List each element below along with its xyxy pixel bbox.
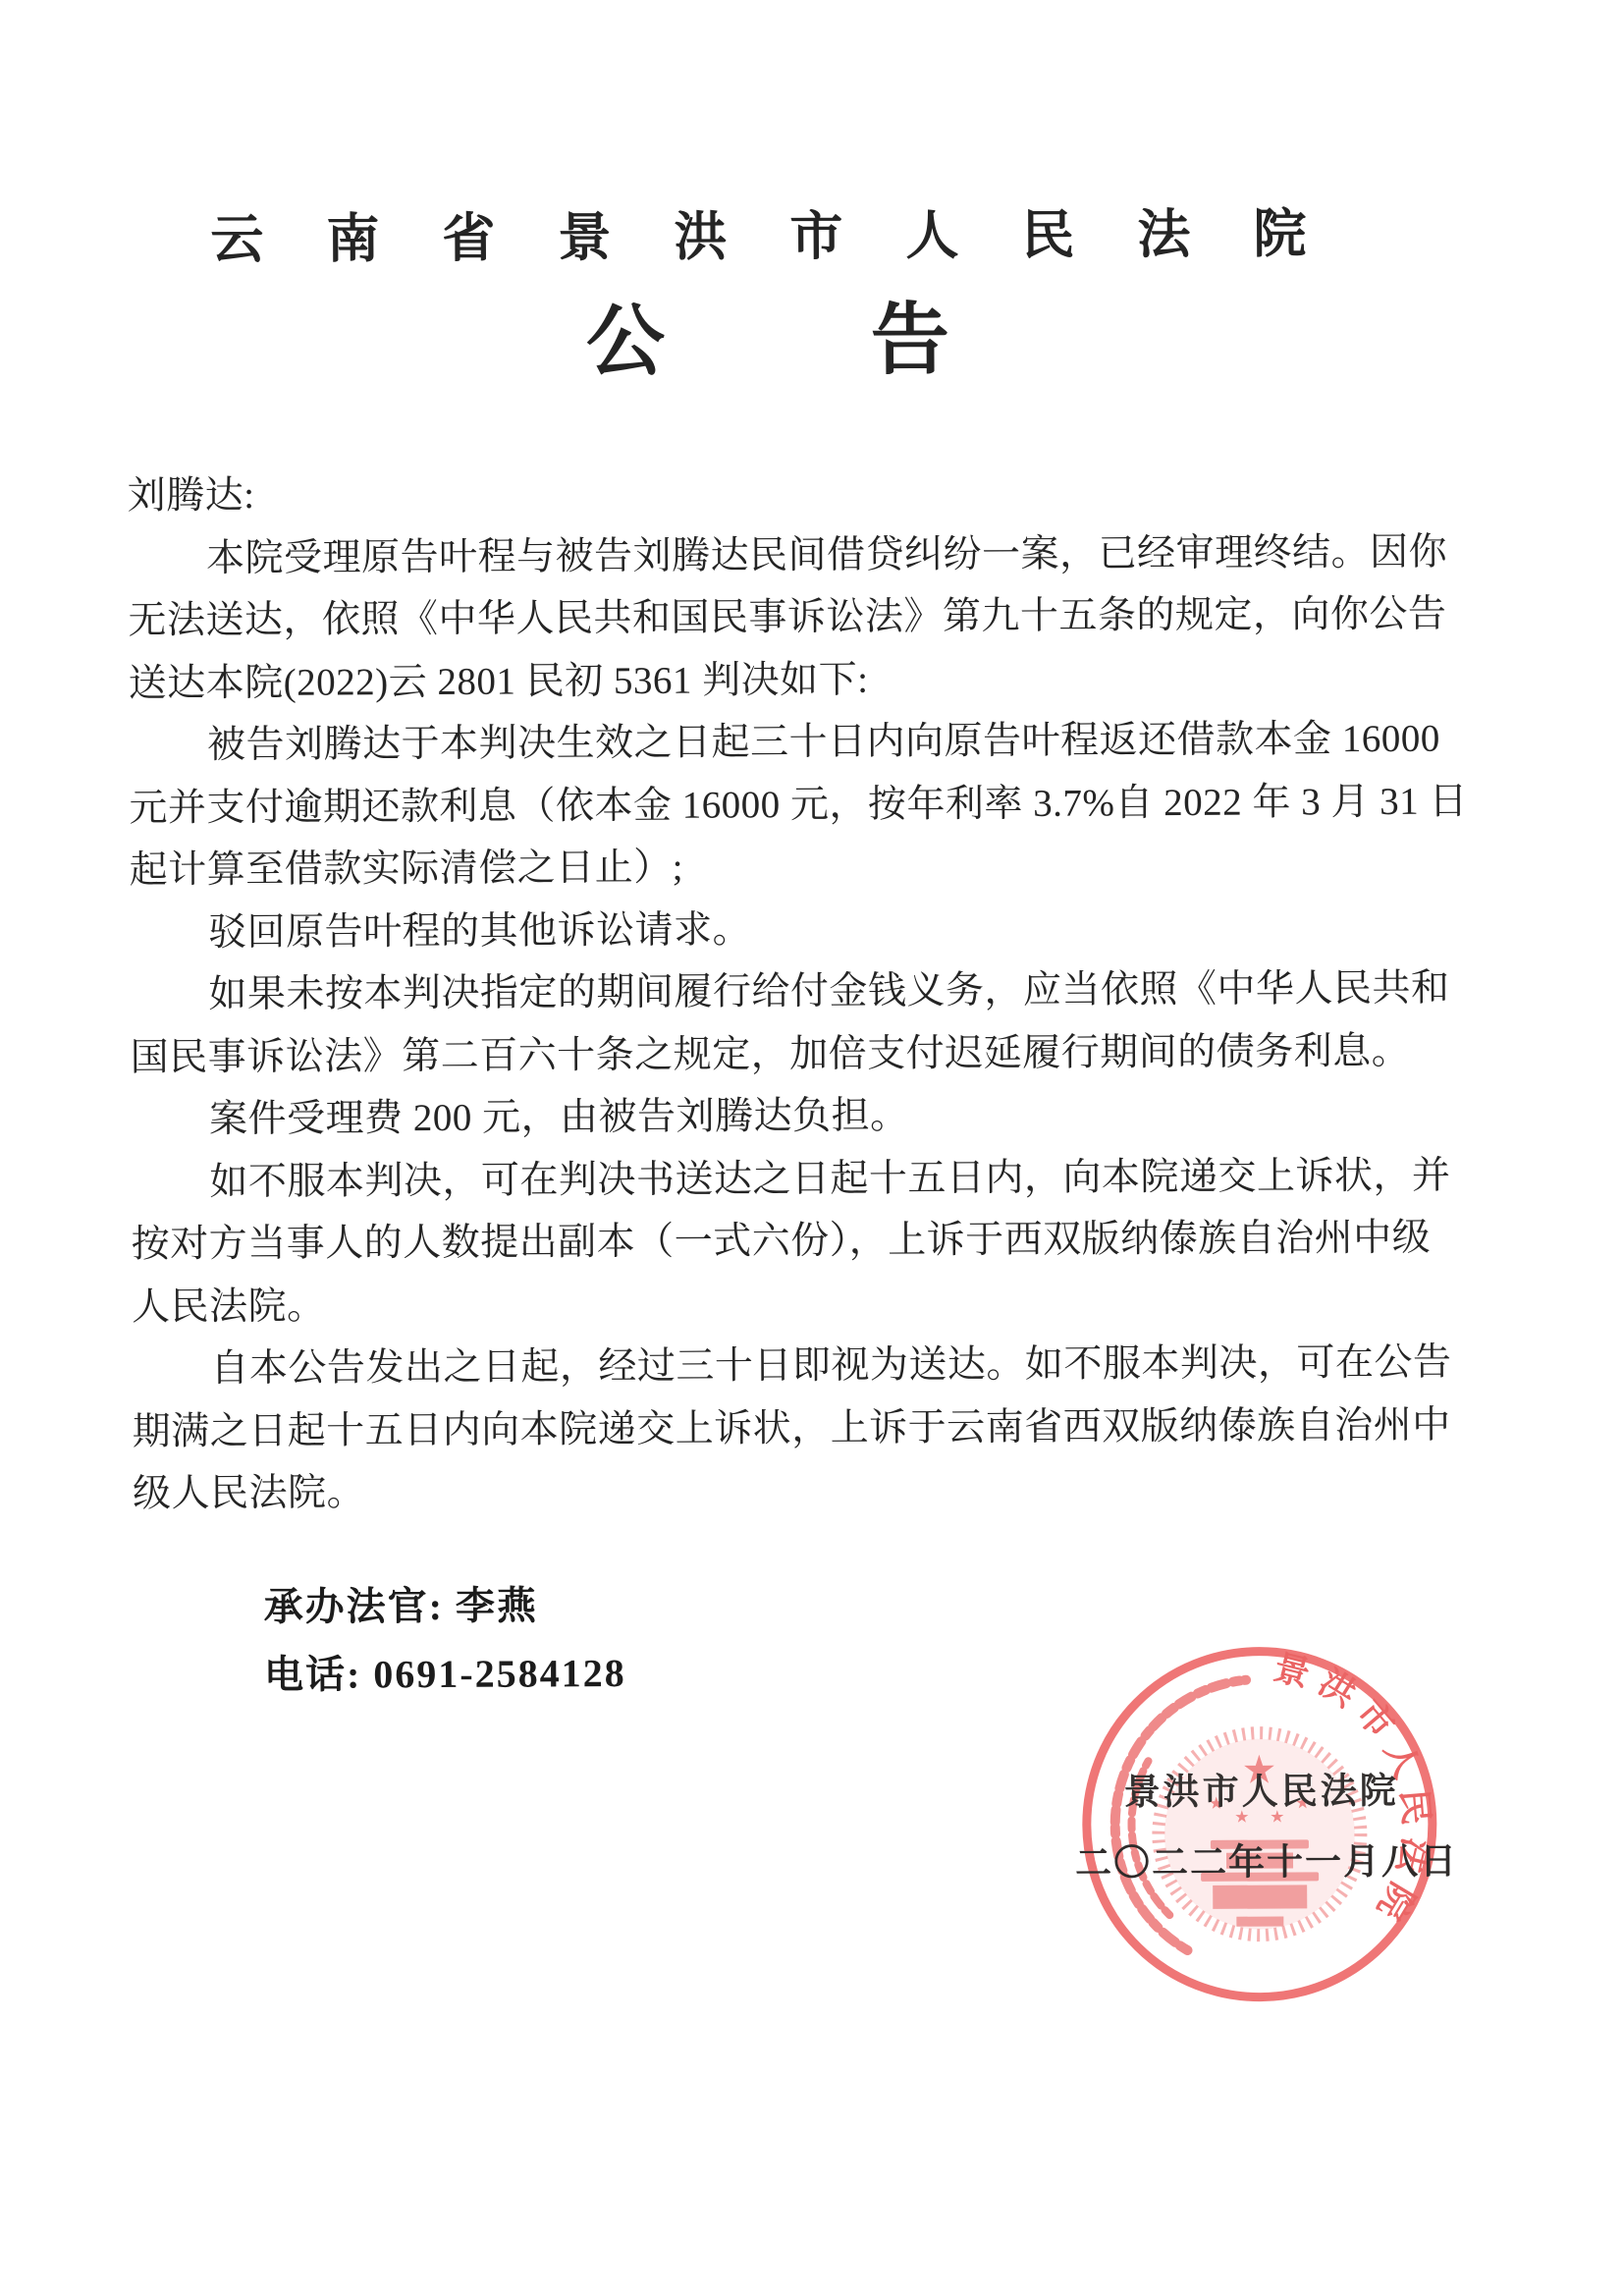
body-line: 如不服本判决，可在判决书送达之日起十五日内，向本院递交上诉状，并 xyxy=(131,1144,1535,1214)
body-line: 人民法院。 xyxy=(132,1269,1536,1339)
body-line: 级人民法院。 xyxy=(133,1455,1537,1525)
body-line: 国民事诉讼法》第二百六十条之规定，加倍支付迟延履行期间的债务利息。 xyxy=(131,1019,1535,1089)
body-line: 本院受理原告叶程与被告刘腾达民间借贷纠纷一案，已经审理终结。因你 xyxy=(128,520,1532,590)
page-content: 云南省景洪市人民法院 公告 刘腾达: 本院受理原告叶程与被告刘腾达民间借贷纠纷一… xyxy=(0,0,1623,2296)
seal-court-name-overlay: 景洪市人民法院 xyxy=(1114,1761,1409,1816)
seal-graphic: ★ ★ ★ ★ ★ xyxy=(1062,1627,1457,2022)
body-line: 元并支付逾期还款利息（依本金 16000 元，按年利率 3.7%自 2022 年… xyxy=(129,770,1533,840)
body-line: 刘腾达: xyxy=(128,458,1532,527)
body-line: 送达本院(2022)云 2801 民初 5361 判决如下: xyxy=(129,645,1533,715)
body-line: 期满之日起十五日内向本院递交上诉状，上诉于云南省西双版纳傣族自治州中 xyxy=(133,1394,1537,1463)
body-line: 案件受理费 200 元，由被告刘腾达负担。 xyxy=(131,1081,1535,1151)
body-line: 无法送达，依照《中华人民共和国民事诉讼法》第九十五条的规定，向你公告 xyxy=(128,582,1532,652)
page-title-court: 云南省景洪市人民法院 xyxy=(210,191,1369,273)
body-text: 刘腾达: 本院受理原告叶程与被告刘腾达民间借贷纠纷一案，已经审理终结。因你 无法… xyxy=(128,458,1538,1525)
seal-date: 二〇二二年十一月八日 xyxy=(1075,1831,1458,1886)
body-line: 如果未按本判决指定的期间履行给付金钱义务，应当依照《中华人民共和 xyxy=(130,957,1534,1026)
body-line: 驳回原告叶程的其他诉讼请求。 xyxy=(130,895,1534,964)
scanned-court-notice-page: 云南省景洪市人民法院 公告 刘腾达: 本院受理原告叶程与被告刘腾达民间借贷纠纷一… xyxy=(0,0,1623,2296)
signature-phone-line: 电话: 0691-2584128 xyxy=(264,1639,626,1709)
body-line: 被告刘腾达于本判决生效之日起三十日内向原告叶程返还借款本金 16000 xyxy=(129,707,1533,777)
page-title-notice: 公告 xyxy=(586,275,1157,391)
body-line: 起计算至借款实际清偿之日止）; xyxy=(130,832,1534,902)
signature-block: 承办法官: 李燕 电话: 0691-2584128 xyxy=(263,1571,625,1709)
body-line: 自本公告发出之日起，经过三十日即视为送达。如不服本判决，可在公告 xyxy=(132,1331,1536,1400)
signature-judge-line: 承办法官: 李燕 xyxy=(263,1571,625,1641)
body-line: 按对方当事人的人数提出副本（一式六份），上诉于西双版纳傣族自治州中级 xyxy=(132,1206,1536,1276)
official-seal: ★ ★ ★ ★ ★ xyxy=(1062,1627,1457,2022)
